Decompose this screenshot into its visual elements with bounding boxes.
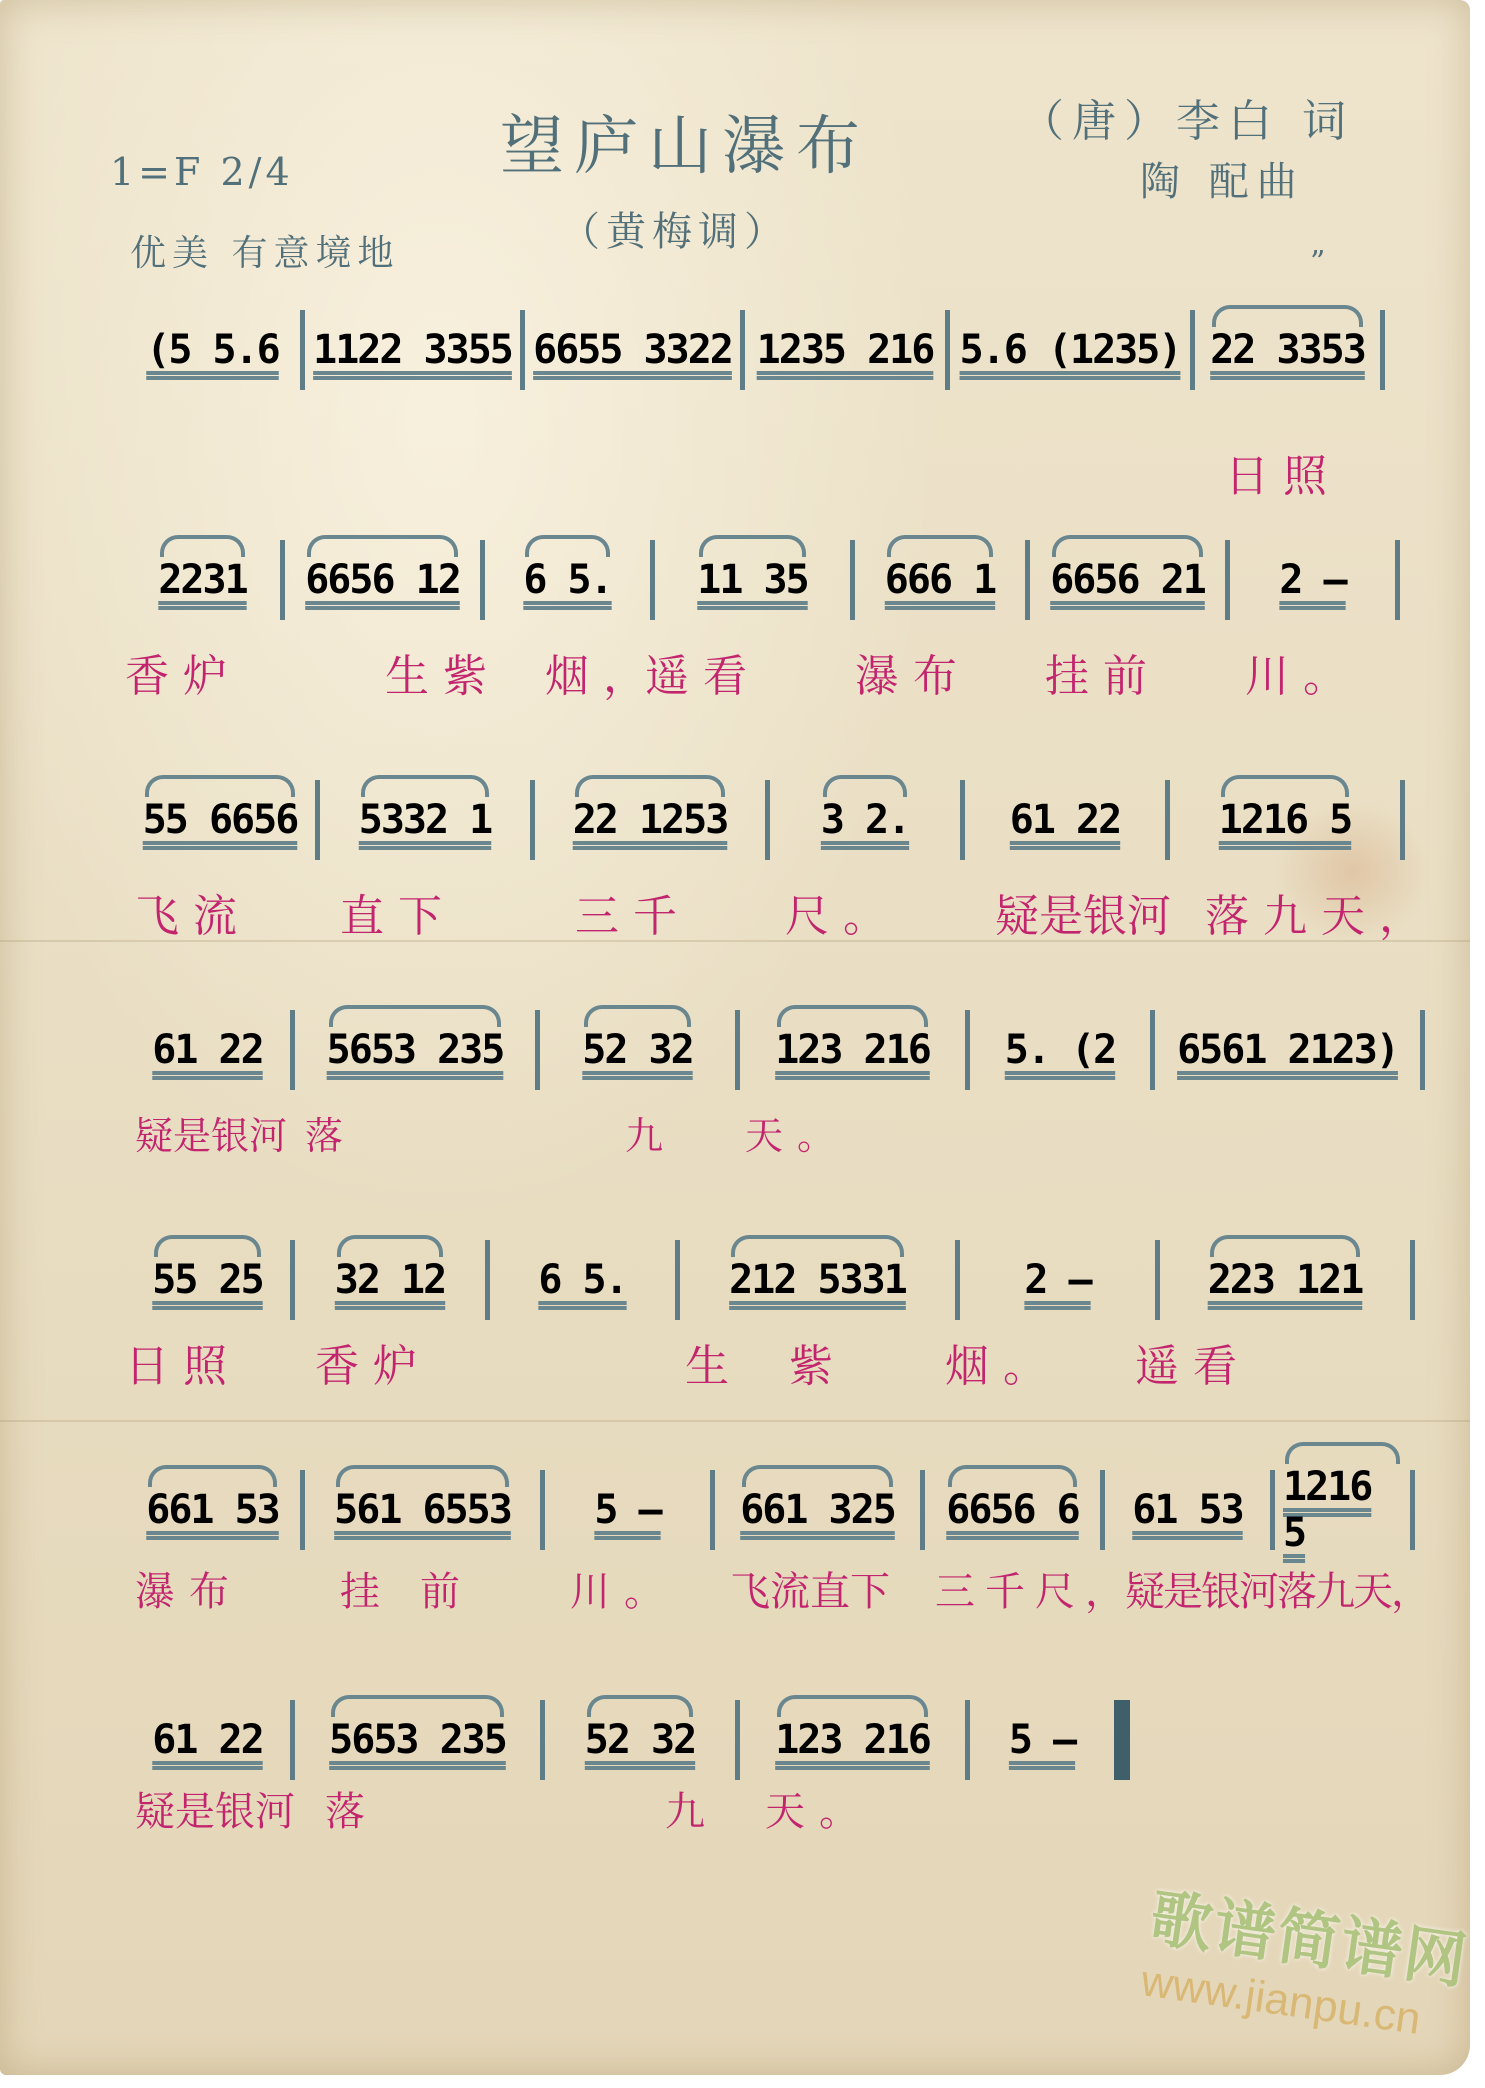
lyric: 尺。 xyxy=(785,880,901,944)
measure: 5. (2 xyxy=(970,1010,1155,1090)
notes: 61 22 xyxy=(152,1717,262,1763)
measure: 2 — xyxy=(960,1240,1160,1320)
lyric: 三千 xyxy=(575,880,691,944)
measure: 5 — xyxy=(545,1470,715,1550)
lyric: 日照 xyxy=(125,1330,241,1394)
quote-mark: ” xyxy=(1310,245,1325,280)
score-line-3: 55 6656 5332 1 22 1253 3 2. 61 22 1216 5 xyxy=(125,780,1445,860)
lyric: 飞流直下 xyxy=(730,1560,890,1617)
composer-credit: 陶 配曲 xyxy=(1140,150,1305,207)
lyric: 烟。 xyxy=(945,1330,1061,1394)
measure: 11 35 xyxy=(655,540,855,620)
lyric: 疑是银河 xyxy=(135,1780,295,1837)
notes: 123 216 xyxy=(775,1717,930,1763)
notes: 61 22 xyxy=(152,1027,262,1073)
measure: 123 216 xyxy=(740,1700,970,1780)
notes: 6656 21 xyxy=(1050,557,1205,603)
measure: 22 1253 xyxy=(535,780,770,860)
lyric: 瀑布 xyxy=(135,1560,243,1617)
notes: 1216 5 xyxy=(1219,797,1352,843)
notes: 52 32 xyxy=(585,1717,695,1763)
measure: 123 216 xyxy=(740,1010,970,1090)
lyric: 天。 xyxy=(765,1780,873,1837)
measure: 55 6656 xyxy=(125,780,320,860)
notes: 11 35 xyxy=(697,557,807,603)
measure: 1216 5 xyxy=(1170,780,1405,860)
lyric: 落 xyxy=(325,1780,379,1837)
lyric: 落 xyxy=(305,1105,357,1160)
notes: 1235 216 xyxy=(757,327,934,373)
notes: 6 5. xyxy=(523,557,611,603)
lyric: 生紫 xyxy=(385,640,501,704)
score-line-2: 2231 6656 12 6 5. 11 35 666 1 6656 21 2 … xyxy=(125,540,1445,620)
notes: 6561 2123) xyxy=(1177,1027,1398,1073)
measure: 223 121 xyxy=(1160,1240,1415,1320)
notes: 6655 3322 xyxy=(533,327,732,373)
lyric: 天。 xyxy=(745,1105,849,1160)
notes: 22 1253 xyxy=(573,797,728,843)
score-line-6: 661 53 561 6553 5 — 661 325 6656 6 61 53… xyxy=(125,1470,1445,1550)
notes: 5332 1 xyxy=(359,797,492,843)
measure: 6656 12 xyxy=(285,540,485,620)
measure: 52 32 xyxy=(545,1700,740,1780)
measure: 61 22 xyxy=(965,780,1170,860)
lyric: 九 xyxy=(625,1105,677,1160)
lyric: 瀑布 xyxy=(855,640,971,704)
notes: 2 — xyxy=(1279,557,1345,603)
measure: (5 5.6 xyxy=(125,310,305,390)
measure: 2 — xyxy=(1230,540,1400,620)
page-subtitle: （黄梅调） xyxy=(560,200,790,257)
lyric: 飞流 xyxy=(135,880,251,944)
lyric: 香炉 xyxy=(125,640,241,704)
lyric: 落九天， xyxy=(1205,880,1437,944)
lyric: 烟， xyxy=(545,640,661,704)
measure: 5332 1 xyxy=(320,780,535,860)
notes: 5 — xyxy=(1009,1717,1075,1763)
notes: 6656 12 xyxy=(305,557,460,603)
score-line-7: 61 22 5653 235 52 32 123 216 5 — xyxy=(125,1700,1445,1780)
lyric: 遥看 xyxy=(645,640,761,704)
notes: 61 53 xyxy=(1132,1487,1242,1533)
paper-crease xyxy=(0,1420,1470,1422)
measure: 61 53 xyxy=(1105,1470,1275,1550)
notes: 666 1 xyxy=(885,557,995,603)
notes: 5.6 (1235) xyxy=(960,327,1181,373)
tempo-expression: 优美 有意境地 xyxy=(130,225,399,276)
measure: 666 1 xyxy=(855,540,1030,620)
lyric: 疑是银河 xyxy=(995,880,1171,944)
measure: 661 53 xyxy=(125,1470,305,1550)
lyric: 川。 xyxy=(1245,640,1361,704)
lyric: 日照 xyxy=(1225,440,1341,504)
notes: 123 216 xyxy=(775,1027,930,1073)
notes: 55 25 xyxy=(152,1257,262,1303)
measure: 5.6 (1235) xyxy=(950,310,1195,390)
notes: 2231 xyxy=(158,557,246,603)
measure: 1216 5 xyxy=(1275,1470,1415,1550)
measure: 1235 216 xyxy=(745,310,950,390)
notes: 5 — xyxy=(594,1487,660,1533)
measure: 6 5. xyxy=(490,1240,680,1320)
measure: 1122 3355 xyxy=(305,310,525,390)
measure: 2231 xyxy=(125,540,285,620)
measure: 3 2. xyxy=(770,780,965,860)
notes: 561 6553 xyxy=(334,1487,511,1533)
measure: 212 5331 xyxy=(680,1240,960,1320)
lyric: 挂前 xyxy=(1045,640,1161,704)
notes: 5653 235 xyxy=(329,1717,506,1763)
notes: 52 32 xyxy=(582,1027,692,1073)
score-line-1: (5 5.6 1122 3355 6655 3322 1235 216 5.6 … xyxy=(125,310,1445,390)
notes: 55 6656 xyxy=(143,797,298,843)
notes: 5653 235 xyxy=(327,1027,504,1073)
measure: 61 22 xyxy=(125,1010,295,1090)
lyric: 疑是银河 xyxy=(135,1105,287,1160)
lyric: 香炉 xyxy=(315,1330,431,1394)
measure: 6655 3322 xyxy=(525,310,745,390)
measure: 6 5. xyxy=(485,540,655,620)
lyric: 生紫 xyxy=(685,1330,893,1394)
site-watermark: 歌谱简谱网 www.jianpu.cn xyxy=(1150,1890,1470,2029)
notes: 1216 5 xyxy=(1283,1464,1402,1556)
score-line-5: 55 25 32 12 6 5. 212 5331 2 — 223 121 xyxy=(125,1240,1445,1320)
final-measure: 5 — xyxy=(970,1700,1130,1780)
notes: 61 22 xyxy=(1010,797,1120,843)
notes: 6 5. xyxy=(538,1257,626,1303)
measure: 5653 235 xyxy=(295,1700,545,1780)
lyric: 挂前 xyxy=(340,1560,500,1617)
lyric: 直下 xyxy=(340,880,456,944)
lyric: 遥看 xyxy=(1135,1330,1251,1394)
notes: 212 5331 xyxy=(729,1257,906,1303)
notes: 2 — xyxy=(1024,1257,1090,1303)
lyric: 九 xyxy=(665,1780,719,1837)
notes: 223 121 xyxy=(1208,1257,1363,1303)
lyric: 川。 xyxy=(570,1560,678,1617)
notes: 32 12 xyxy=(335,1257,445,1303)
measure: 55 25 xyxy=(125,1240,295,1320)
lyric: 三千尺， xyxy=(935,1560,1135,1617)
notes: 1122 3355 xyxy=(313,327,512,373)
key-signature: 1=F 2/4 xyxy=(110,150,294,194)
score-line-4: 61 22 5653 235 52 32 123 216 5. (2 6561 … xyxy=(125,1010,1445,1090)
measure: 5653 235 xyxy=(295,1010,540,1090)
notes: 3 2. xyxy=(821,797,909,843)
notes: 661 325 xyxy=(740,1487,895,1533)
notes: 5. (2 xyxy=(1005,1027,1115,1073)
notes: 661 53 xyxy=(146,1487,279,1533)
notes: 6656 6 xyxy=(946,1487,1079,1533)
measure: 661 325 xyxy=(715,1470,925,1550)
lyricist-credit: （唐）李白 词 xyxy=(1020,85,1354,149)
measure: 52 32 xyxy=(540,1010,740,1090)
measure: 32 12 xyxy=(295,1240,490,1320)
measure: 6656 21 xyxy=(1030,540,1230,620)
measure: 22 3353 xyxy=(1195,310,1385,390)
measure: 561 6553 xyxy=(305,1470,545,1550)
measure: 61 22 xyxy=(125,1700,295,1780)
notes: (5 5.6 xyxy=(146,327,279,373)
notes: 22 3353 xyxy=(1210,327,1365,373)
lyric: 疑是银河落九天， xyxy=(1125,1560,1429,1617)
score-sheet: 1=F 2/4 优美 有意境地 望庐山瀑布 （黄梅调） （唐）李白 词 陶 配曲… xyxy=(0,0,1470,2075)
page-title: 望庐山瀑布 xyxy=(500,95,870,187)
measure: 6561 2123) xyxy=(1155,1010,1425,1090)
measure: 6656 6 xyxy=(925,1470,1105,1550)
